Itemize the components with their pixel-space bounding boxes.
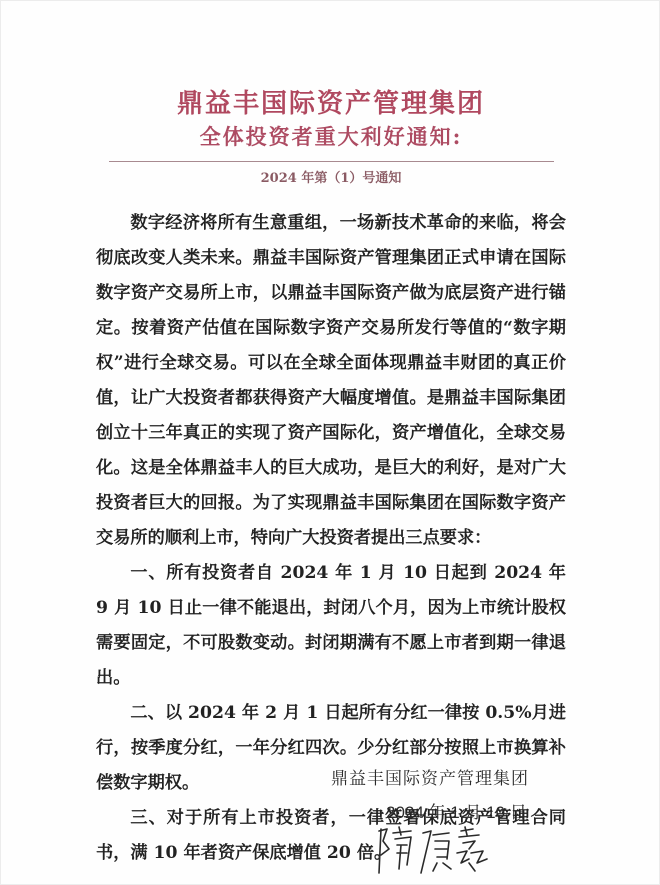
document-page: 鼎益丰国际资产管理集团 全体投资者重大利好通知: 2024 年第（1）号通知 数…	[0, 0, 660, 885]
signature-date: 2024 年 1 月 10 日	[386, 798, 527, 823]
document-subtitle: 全体投资者重大利好通知:	[1, 121, 660, 151]
signature-organization: 鼎益丰国际资产管理集团	[331, 764, 529, 789]
document-title: 鼎益丰国际资产管理集团	[1, 83, 660, 120]
requirement-1: 一、所有投资者自 2024 年 1 月 10 日起到 2024 年 9 月 10…	[96, 556, 566, 696]
header-divider	[109, 161, 554, 162]
document-number: 2024 年第（1）号通知	[1, 167, 660, 186]
intro-paragraph: 数字经济将所有生意重组，一场新技术革命的来临，将会彻底改变人类未来。鼎益丰国际资…	[96, 206, 566, 556]
handwritten-signature-icon	[371, 823, 516, 881]
